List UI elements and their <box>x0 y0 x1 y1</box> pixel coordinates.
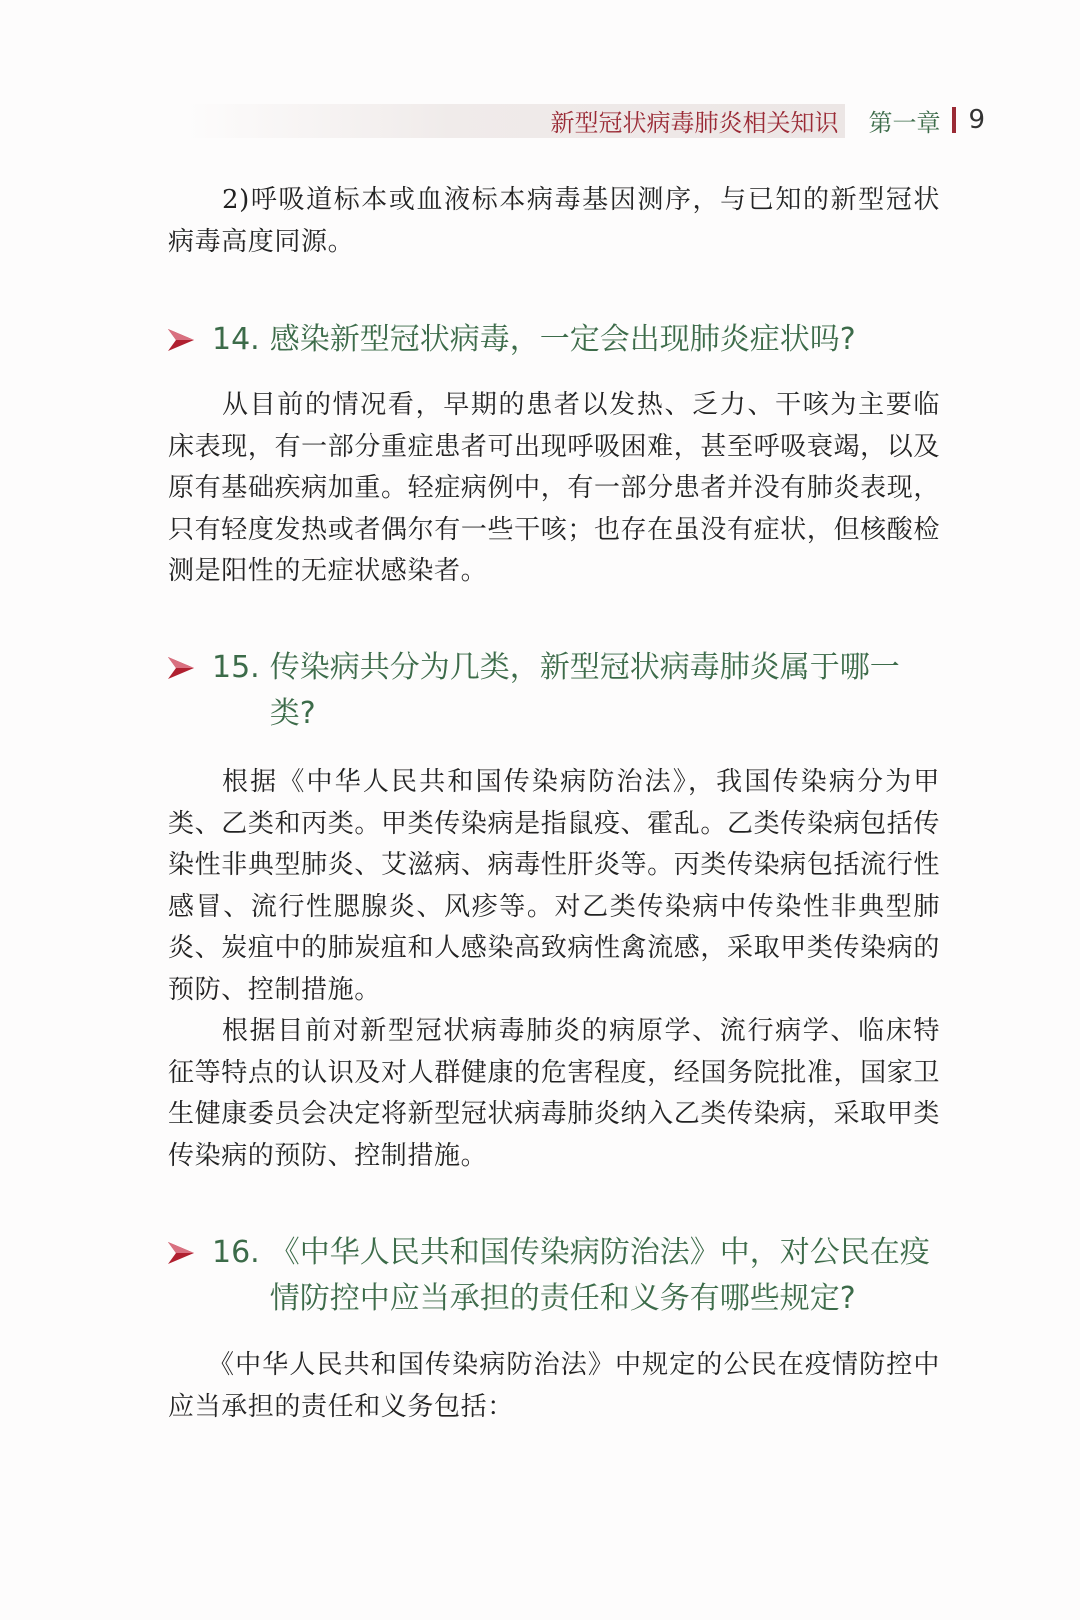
question-16-heading: 16. 《中华人民共和国传染病防治法》中，对公民在疫情防控中应当承担的责任和义务… <box>168 1230 943 1322</box>
answer-paragraph: 《中华人民共和国传染病防治法》中规定的公民在疫情防控中应当承担的责任和义务包括： <box>168 1345 940 1428</box>
question-text: 传染病共分为几类，新型冠状病毒肺炎属于哪一类? <box>270 645 943 737</box>
header-section-title: 新型冠状病毒肺炎相关知识 <box>550 103 838 138</box>
running-header: 新型冠状病毒肺炎相关知识 第一章 9 <box>550 100 985 140</box>
arrow-bullet-icon <box>168 1242 194 1264</box>
arrow-bullet-icon <box>168 329 194 351</box>
question-number: 16. <box>212 1230 260 1322</box>
answer-paragraph: 从目前的情况看，早期的患者以发热、乏力、干咳为主要临床表现，有一部分重症患者可出… <box>168 385 940 593</box>
answer-paragraph: 根据《中华人民共和国传染病防治法》，我国传染病分为甲类、乙类和丙类。甲类传染病是… <box>168 762 940 1011</box>
question-15-heading: 15. 传染病共分为几类，新型冠状病毒肺炎属于哪一类? <box>168 645 943 737</box>
answer-paragraph: 根据目前对新型冠状病毒肺炎的病原学、流行病学、临床特征等特点的认识及对人群健康的… <box>168 1011 940 1177</box>
question-number: 14. <box>212 317 260 363</box>
intro-paragraph: 2)呼吸道标本或血液标本病毒基因测序，与已知的新型冠状病毒高度同源。 <box>168 180 940 263</box>
intro-block: 2)呼吸道标本或血液标本病毒基因测序，与已知的新型冠状病毒高度同源。 <box>168 180 940 263</box>
question-number: 15. <box>212 645 260 737</box>
page-number: 9 <box>968 105 985 135</box>
arrow-bullet-icon <box>168 657 194 679</box>
answer-14: 从目前的情况看，早期的患者以发热、乏力、干咳为主要临床表现，有一部分重症患者可出… <box>168 385 940 593</box>
answer-15: 根据《中华人民共和国传染病防治法》，我国传染病分为甲类、乙类和丙类。甲类传染病是… <box>168 762 940 1177</box>
question-text: 《中华人民共和国传染病防治法》中，对公民在疫情防控中应当承担的责任和义务有哪些规… <box>270 1230 943 1322</box>
question-text: 感染新型冠状病毒，一定会出现肺炎症状吗? <box>270 317 943 363</box>
answer-16: 《中华人民共和国传染病防治法》中规定的公民在疫情防控中应当承担的责任和义务包括： <box>168 1345 940 1428</box>
question-14-heading: 14. 感染新型冠状病毒，一定会出现肺炎症状吗? <box>168 317 943 363</box>
header-chapter: 第一章 <box>868 103 940 138</box>
header-divider <box>952 107 956 133</box>
